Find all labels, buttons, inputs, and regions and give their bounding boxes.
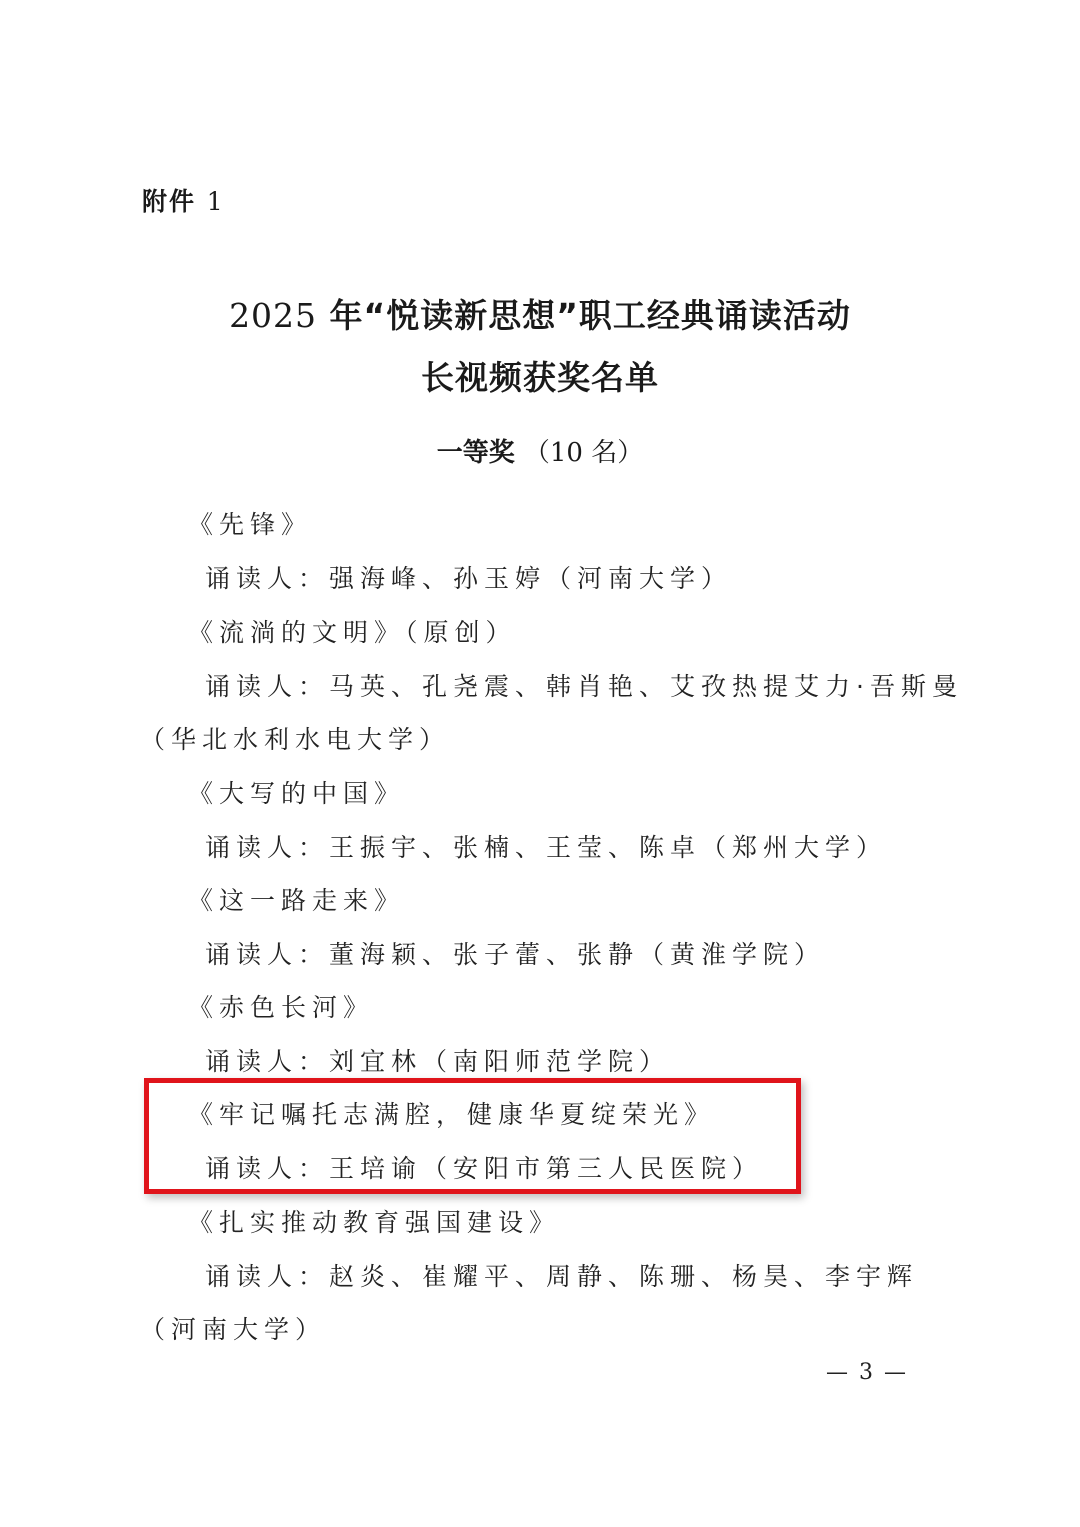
entry-work-title-highlighted: 《牢记嘱托志满腔，健康华夏绽荣光》 bbox=[188, 1095, 715, 1131]
entry-reader: 诵读人：强海峰、孙玉婷（河南大学） bbox=[205, 559, 732, 595]
page-number: — 3 — bbox=[826, 1360, 908, 1385]
prize-heading: 一等奖 （10 名） bbox=[0, 432, 1080, 469]
prize-count: （10 名） bbox=[524, 438, 643, 468]
document-page: 附件 1 2025 年“悦读新思想”职工经典诵读活动 长视频获奖名单 一等奖 （… bbox=[0, 0, 1080, 1527]
entry-work-title: 《流淌的文明》（原创） bbox=[188, 613, 517, 649]
entry-work-title: 《扎实推动教育强国建设》 bbox=[188, 1203, 560, 1239]
attachment-number: 1 bbox=[207, 187, 225, 216]
page-title-line-1: 2025 年“悦读新思想”职工经典诵读活动 bbox=[0, 290, 1080, 337]
page-title-line-2: 长视频获奖名单 bbox=[0, 352, 1080, 399]
attachment-label: 附件 1 bbox=[142, 182, 225, 218]
entry-work-title: 《大写的中国》 bbox=[188, 774, 405, 810]
entry-reader-highlighted: 诵读人：王培谕（安阳市第三人民医院） bbox=[205, 1149, 763, 1185]
prize-label: 一等奖 bbox=[437, 438, 515, 468]
entry-reader-continued: （华北水利水电大学） bbox=[140, 720, 450, 756]
entry-work-title: 《赤色长河》 bbox=[188, 988, 374, 1024]
title-year: 2025 bbox=[229, 296, 317, 335]
entry-work-title: 《这一路走来》 bbox=[188, 881, 405, 917]
entry-reader: 诵读人：刘宜林（南阳师范学院） bbox=[205, 1042, 670, 1078]
entry-reader: 诵读人：马英、孔尧震、韩肖艳、艾孜热提艾力·吾斯曼 bbox=[205, 667, 963, 703]
entry-reader: 诵读人：赵炎、崔耀平、周静、陈珊、杨昊、李宇辉 bbox=[205, 1257, 918, 1293]
attachment-text: 附件 bbox=[142, 187, 196, 216]
entry-work-title: 《先锋》 bbox=[188, 505, 312, 541]
entry-reader: 诵读人：董海颖、张子蕾、张静（黄淮学院） bbox=[205, 935, 825, 971]
entry-reader: 诵读人：王振宇、张楠、王莹、陈卓（郑州大学） bbox=[205, 828, 887, 864]
title-text: 年“悦读新思想”职工经典诵读活动 bbox=[330, 296, 851, 335]
entry-reader-continued: （河南大学） bbox=[140, 1310, 326, 1346]
